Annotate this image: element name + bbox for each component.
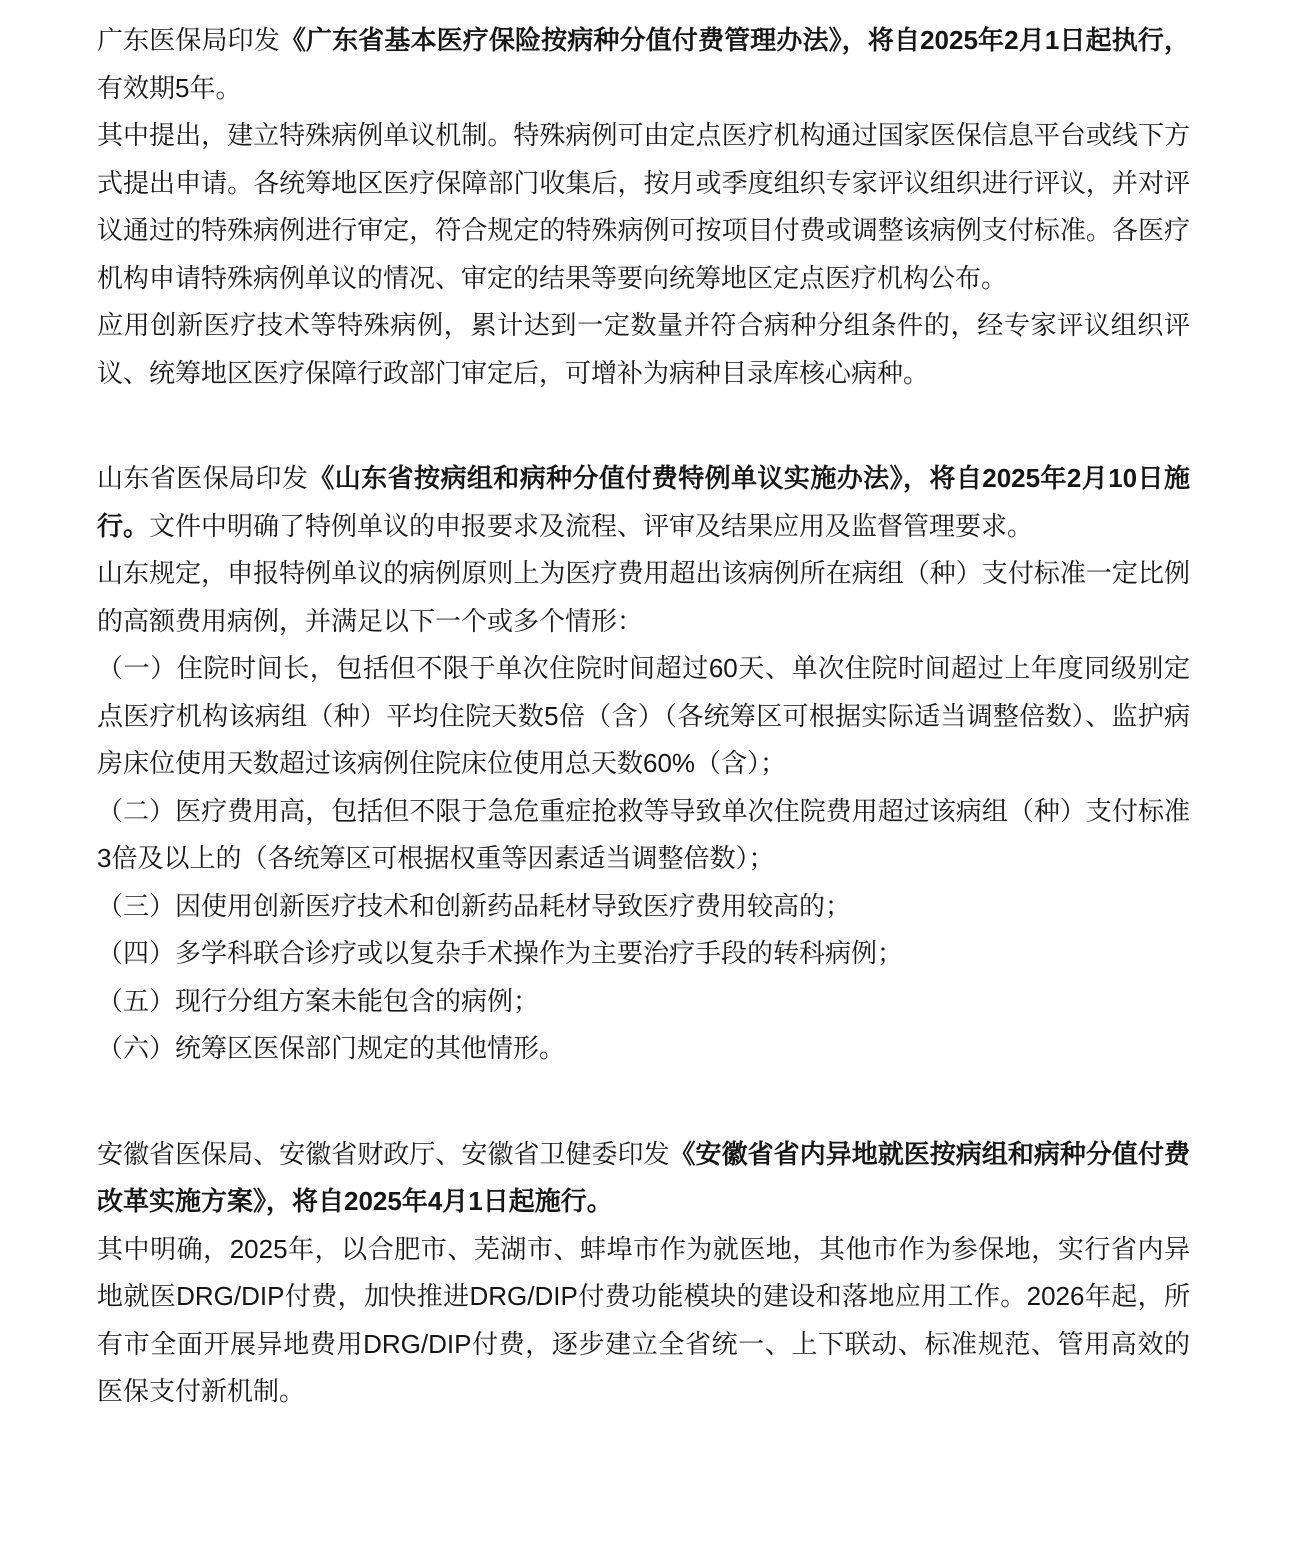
list-item-4: （四）多学科联合诊疗或以复杂手术操作为主要治疗手段的转科病例； [97,930,1190,978]
text-run: （六）统筹区医保部门规定的其他情形。 [97,1033,565,1063]
paragraph-guangdong-innovation: 应用创新医疗技术等特殊病例，累计达到一定数量并符合病种分组条件的，经专家评议组织… [97,302,1190,397]
text-run: （三）因使用创新医疗技术和创新药品耗材导致医疗费用较高的； [97,891,851,921]
text-run: 有效期5年。 [97,73,241,103]
document-page: 广东医保局印发《广东省基本医疗保险按病种分值付费管理办法》，将自2025年2月1… [0,0,1300,1552]
list-item-1: （一）住院时间长，包括但不限于单次住院时间超过60天、单次住院时间超过上年度同级… [97,645,1190,788]
text-run: 山东省医保局印发 [97,463,308,493]
paragraph-guangdong-intro: 广东医保局印发《广东省基本医疗保险按病种分值付费管理办法》，将自2025年2月1… [97,17,1190,112]
text-run: 安徽省医保局、安徽省财政厅、安徽省卫健委印发 [97,1139,670,1169]
section-shandong-policy: 山东省医保局印发《山东省按病组和病种分值付费特例单议实施办法》，将自2025年2… [97,455,1190,1073]
section-divider-space [97,397,1190,455]
section-guangdong-policy: 广东医保局印发《广东省基本医疗保险按病种分值付费管理办法》，将自2025年2月1… [97,17,1190,397]
policy-title-guangdong: 《广东省基本医疗保险按病种分值付费管理办法》，将自2025年2月1日起执行， [280,25,1190,55]
text-run: 其中提出，建立特殊病例单议机制。特殊病例可由定点医疗机构通过国家医保信息平台或线… [97,120,1190,293]
text-run: 山东规定，申报特例单议的病例原则上为医疗费用超出该病例所在病组（种）支付标准一定… [97,558,1190,636]
list-item-5: （五）现行分组方案未能包含的病例； [97,978,1190,1026]
paragraph-guangdong-mechanism: 其中提出，建立特殊病例单议机制。特殊病例可由定点医疗机构通过国家医保信息平台或线… [97,112,1190,302]
section-divider-space [97,1073,1190,1131]
text-run: 其中明确，2025年，以合肥市、芜湖市、蚌埠市作为就医地，其他市作为参保地，实行… [97,1234,1190,1407]
list-item-3: （三）因使用创新医疗技术和创新药品耗材导致医疗费用较高的； [97,883,1190,931]
text-run: （一）住院时间长，包括但不限于单次住院时间超过60天、单次住院时间超过上年度同级… [97,653,1190,778]
text-run: （四）多学科联合诊疗或以复杂手术操作为主要治疗手段的转科病例； [97,938,903,968]
paragraph-anhui-detail: 其中明确，2025年，以合肥市、芜湖市、蚌埠市作为就医地，其他市作为参保地，实行… [97,1226,1190,1416]
text-run: 文件中明确了特例单议的申报要求及流程、评审及结果应用及监督管理要求。 [149,511,1033,541]
list-item-2: （二）医疗费用高，包括但不限于急危重症抢救等导致单次住院费用超过该病组（种）支付… [97,788,1190,883]
paragraph-shandong-intro: 山东省医保局印发《山东省按病组和病种分值付费特例单议实施办法》，将自2025年2… [97,455,1190,550]
list-item-6: （六）统筹区医保部门规定的其他情形。 [97,1025,1190,1073]
paragraph-anhui-intro: 安徽省医保局、安徽省财政厅、安徽省卫健委印发《安徽省省内异地就医按病组和病种分值… [97,1131,1190,1226]
text-run: 应用创新医疗技术等特殊病例，累计达到一定数量并符合病种分组条件的，经专家评议组织… [97,310,1190,388]
text-run: 广东医保局印发 [97,25,280,55]
text-run: （二）医疗费用高，包括但不限于急危重症抢救等导致单次住院费用超过该病组（种）支付… [97,796,1190,874]
text-run: （五）现行分组方案未能包含的病例； [97,986,539,1016]
section-anhui-policy: 安徽省医保局、安徽省财政厅、安徽省卫健委印发《安徽省省内异地就医按病组和病种分值… [97,1131,1190,1416]
paragraph-shandong-criteria-lead: 山东规定，申报特例单议的病例原则上为医疗费用超出该病例所在病组（种）支付标准一定… [97,550,1190,645]
